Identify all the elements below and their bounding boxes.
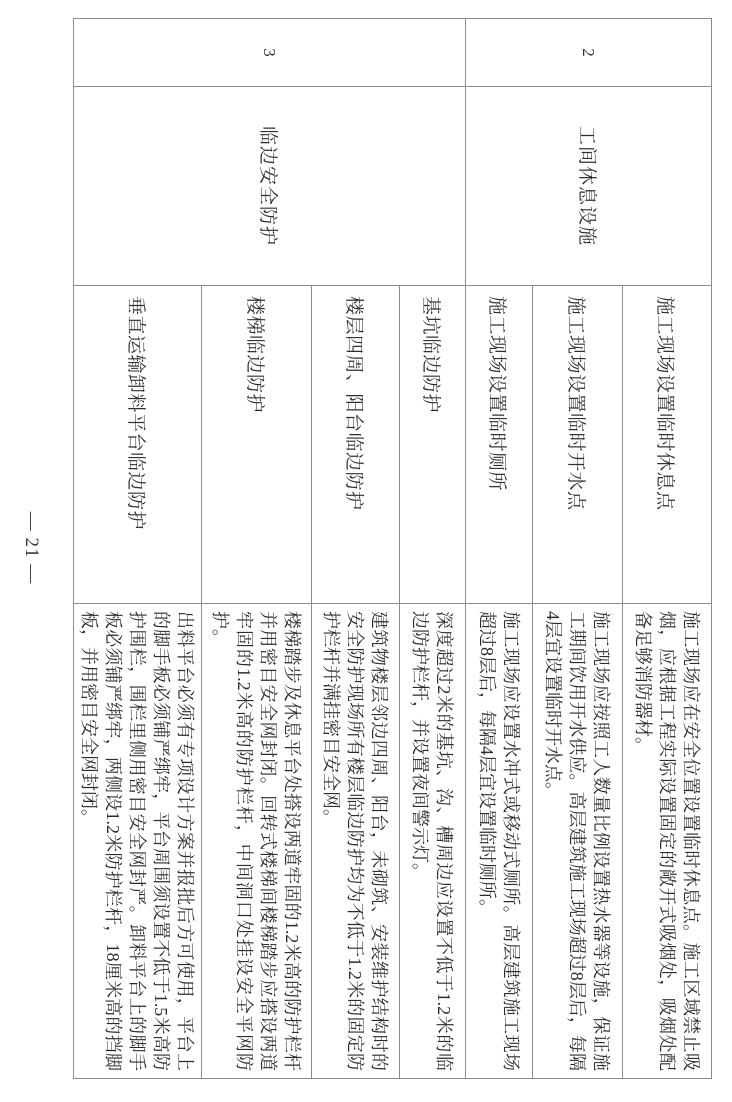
document-page: — 21 — 2 工间休息设施 施工现场设置临时休息点 施工现场应在安全位置设置… bbox=[0, 0, 732, 1102]
row-number-cell: 3 bbox=[74, 19, 466, 87]
description-cell: 施工现场应按照工人数量比例设置热水器等设施，保证施工期间饮用开水供应。高层建筑施… bbox=[533, 604, 623, 1079]
table-row: 3 临边安全防护 基坑临边防护 深度超过2米的基坑、沟、槽周边应设置不低于1.2… bbox=[400, 19, 466, 1079]
row-number-cell: 2 bbox=[466, 19, 712, 87]
table-row: 2 工间休息设施 施工现场设置临时休息点 施工现场应在安全位置设置临时休息点。施… bbox=[623, 19, 712, 1079]
item-cell: 施工现场设置临时开水点 bbox=[533, 286, 623, 604]
description-cell: 施工现场应设置水冲式或移动式厕所。高层建筑施工现场超过8层后，每隔4层宜设置临时… bbox=[466, 604, 533, 1079]
description-cell: 建筑物楼层邻边四周、阳台，未砌筑、安装维护结构时的安全防护现场所有楼层临边防护均… bbox=[312, 604, 400, 1079]
category-cell: 临边安全防护 bbox=[74, 87, 466, 286]
page-number-text: — 21 — bbox=[12, 492, 42, 604]
description-cell: 深度超过2米的基坑、沟、槽周边应设置不低于1.2米的临边防护栏杆，并设置夜间警示… bbox=[400, 604, 466, 1079]
description-cell: 出料平台必须有专项设计方案并报批后方可使用，平台上的脚手板必须铺严绑牢，平台周围… bbox=[74, 604, 202, 1079]
category-cell: 工间休息设施 bbox=[466, 87, 712, 286]
item-cell: 基坑临边防护 bbox=[400, 286, 466, 604]
rotated-table-area: 2 工间休息设施 施工现场设置临时休息点 施工现场应在安全位置设置临时休息点。施… bbox=[74, 18, 712, 1078]
item-cell: 垂直运输卸料平台临边防护 bbox=[74, 286, 202, 604]
description-cell: 施工现场应在安全位置设置临时休息点。施工区域禁止吸烟，应根据工程实际设置固定的敞… bbox=[623, 604, 712, 1079]
description-cell: 楼梯踏步及休息平台处搭设两道牢固的1.2米高的防护栏杆并用密目安全网封闭。回转式… bbox=[202, 604, 312, 1079]
page-number: — 21 — bbox=[12, 492, 42, 604]
item-cell: 楼梯临边防护 bbox=[202, 286, 312, 604]
safety-measures-table: 2 工间休息设施 施工现场设置临时休息点 施工现场应在安全位置设置临时休息点。施… bbox=[73, 18, 712, 1079]
rotated-table-inner: 2 工间休息设施 施工现场设置临时休息点 施工现场应在安全位置设置临时休息点。施… bbox=[74, 18, 712, 1078]
item-cell: 楼层四周、阳台临边防护 bbox=[312, 286, 400, 604]
item-cell: 施工现场设置临时休息点 bbox=[623, 286, 712, 604]
item-cell: 施工现场设置临时厕所 bbox=[466, 286, 533, 604]
